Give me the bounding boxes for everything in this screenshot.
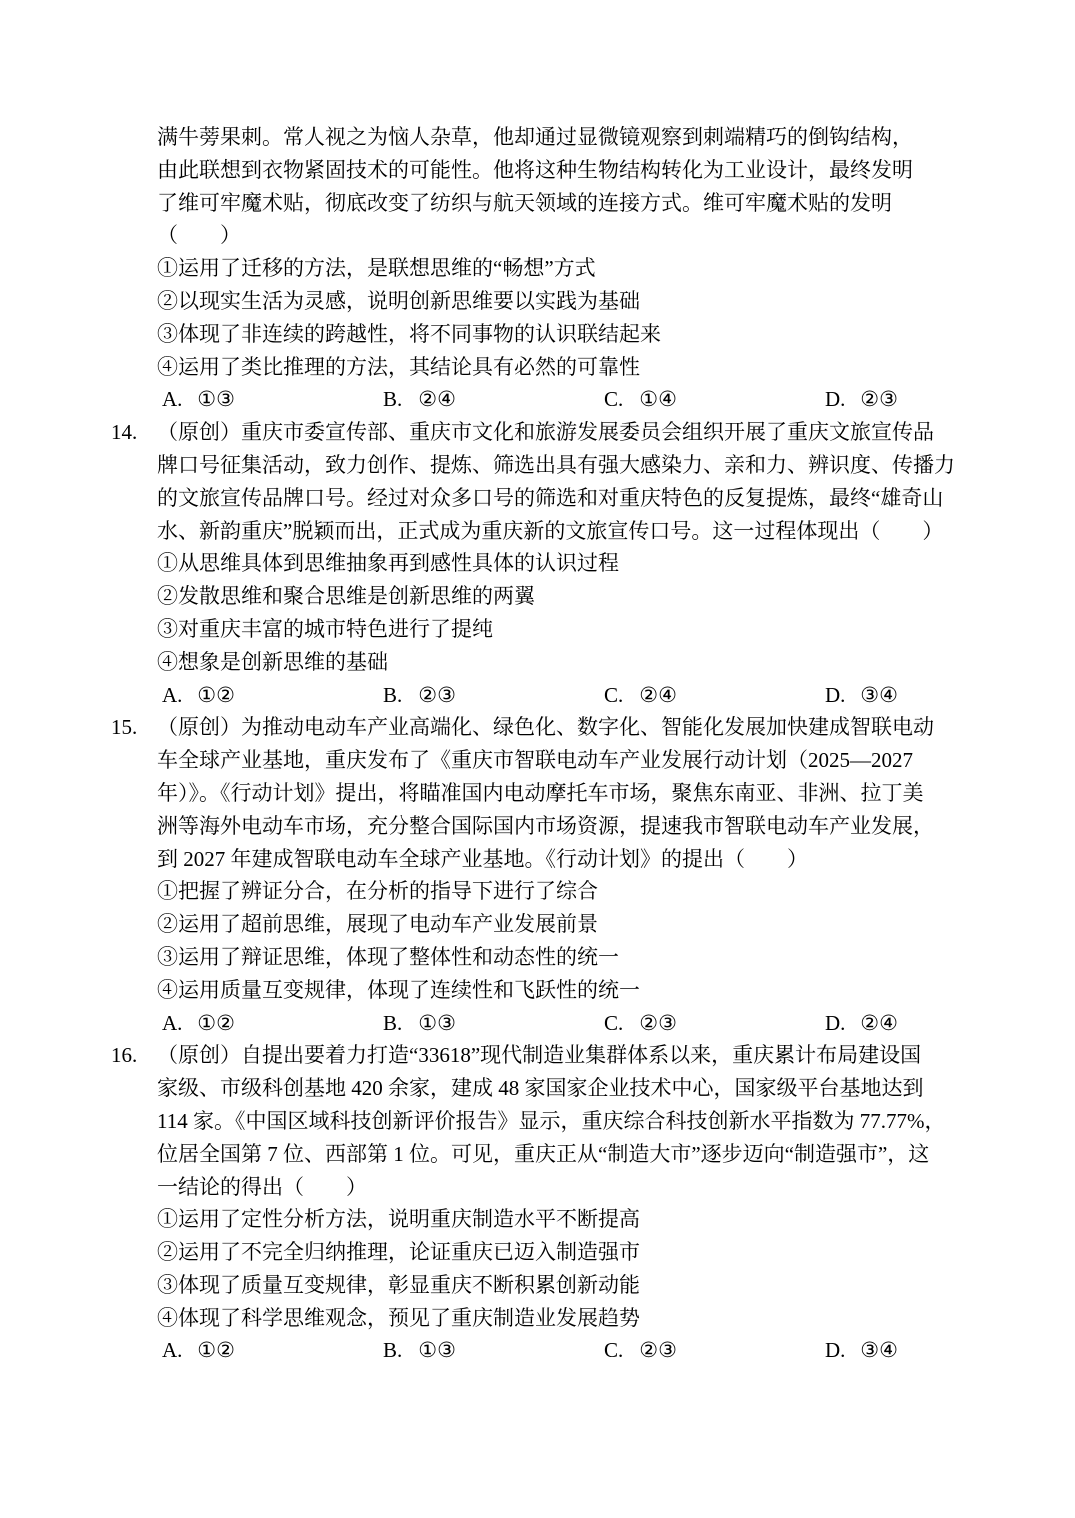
statement-line: ②发散思维和聚合思维是创新思维的两翼	[157, 580, 959, 613]
statement-line: ②以现实生活为灵感，说明创新思维要以实践为基础	[157, 285, 959, 318]
statement-line: ①从思维具体到思维抽象再到感性具体的认识过程	[157, 547, 959, 580]
body-line-text: 洲等海外电动车市场，充分整合国际国内市场资源，提速我市智联电动车产业发展，	[157, 814, 934, 838]
question-body-line: 一结论的得出（ ）	[157, 1171, 959, 1204]
body-line-text: 家级、市级科创基地 420 余家，建成 48 家国家企业技术中心，国家级平台基地…	[157, 1076, 924, 1100]
choices-row: A. ①②B. ①③C. ②③D. ②④	[157, 1007, 959, 1040]
question-block: 16.（原创）自提出要着力打造“33618”现代制造业集群体系以来，重庆累计布局…	[157, 1039, 959, 1367]
question-body-line: 到 2027 年建成智联电动车全球产业基地。《行动计划》的提出（ ）	[157, 843, 959, 876]
question-block: 14.（原创）重庆市委宣传部、重庆市文化和旅游发展委员会组织开展了重庆文旅宣传品…	[157, 416, 959, 711]
choice: D. ③④	[825, 679, 898, 712]
choice-value: ①③	[197, 387, 235, 411]
statement-line: ②运用了超前思维，展现了电动车产业发展前景	[157, 908, 959, 941]
question-body-line: 车全球产业基地，重庆发布了《重庆市智联电动车产业发展行动计划（2025—2027	[157, 744, 959, 777]
choice-value: ②④	[639, 683, 677, 707]
choice-label: B.	[383, 1334, 413, 1367]
question-body-line: 年）》。《行动计划》提出，将瞄准国内电动摩托车市场，聚焦东南亚、非洲、拉丁美	[157, 777, 959, 810]
question-number: 14.	[111, 416, 137, 449]
statement-line: ①运用了定性分析方法，说明重庆制造水平不断提高	[157, 1203, 959, 1236]
question-block: 15.（原创）为推动电动车产业高端化、绿色化、数字化、智能化发展加快建成智联电动…	[157, 711, 959, 1039]
question-body-line: 洲等海外电动车市场，充分整合国际国内市场资源，提速我市智联电动车产业发展，	[157, 810, 959, 843]
statement-line: ③体现了非连续的跨越性，将不同事物的认识联结起来	[157, 318, 959, 351]
body-line-text: 牌口号征集活动，致力创作、提炼、筛选出具有强大感染力、亲和力、辨识度、传播力	[157, 453, 955, 477]
choice-value: ②③	[860, 387, 898, 411]
choice: B. ①③	[383, 1334, 604, 1367]
choice: A. ①③	[162, 383, 383, 416]
body-line-text: （原创）自提出要着力打造“33618”现代制造业集群体系以来，重庆累计布局建设国	[157, 1043, 921, 1067]
choice-value: ②④	[418, 387, 456, 411]
choices-row: A. ①②B. ①③C. ②③D. ③④	[157, 1334, 959, 1367]
choice-value: ①②	[197, 1011, 235, 1035]
question-block: 满牛蒡果刺。常人视之为恼人杂草，他却通过显微镜观察到刺端精巧的倒钩结构，由此联想…	[157, 121, 959, 416]
body-line-text: 114 家。《中国区域科技创新评价报告》显示，重庆综合科技创新水平指数为 77.…	[157, 1109, 945, 1133]
choice-value: ②③	[639, 1338, 677, 1362]
question-body-line: 家级、市级科创基地 420 余家，建成 48 家国家企业技术中心，国家级平台基地…	[157, 1072, 959, 1105]
choice: A. ①②	[162, 679, 383, 712]
choice-value: ①③	[418, 1338, 456, 1362]
body-line-text: 的文旅宣传品牌口号。经过对众多口号的筛选和对重庆特色的反复提炼，最终“雄奇山	[157, 486, 943, 510]
statement-line: ①运用了迁移的方法，是联想思维的“畅想”方式	[157, 252, 959, 285]
statement-line: ④运用了类比推理的方法，其结论具有必然的可靠性	[157, 351, 959, 384]
choice-value: ③④	[860, 683, 898, 707]
choice-label: C.	[604, 1334, 634, 1367]
body-line-text: 由此联想到衣物紧固技术的可能性。他将这种生物结构转化为工业设计，最终发明	[157, 158, 913, 182]
choice-label: B.	[383, 383, 413, 416]
choice: A. ①②	[162, 1334, 383, 1367]
body-line-text: 车全球产业基地，重庆发布了《重庆市智联电动车产业发展行动计划（2025—2027	[157, 748, 913, 772]
choice-label: A.	[162, 679, 192, 712]
choice-label: A.	[162, 1334, 192, 1367]
questions-container: 满牛蒡果刺。常人视之为恼人杂草，他却通过显微镜观察到刺端精巧的倒钩结构，由此联想…	[157, 121, 959, 1367]
choice-label: D.	[825, 1007, 855, 1040]
statement-line: ④体现了科学思维观念，预见了重庆制造业发展趋势	[157, 1302, 959, 1335]
statement-line: ③对重庆丰富的城市特色进行了提纯	[157, 613, 959, 646]
exam-page: 满牛蒡果刺。常人视之为恼人杂草，他却通过显微镜观察到刺端精巧的倒钩结构，由此联想…	[0, 0, 1075, 1518]
question-body-line: 牌口号征集活动，致力创作、提炼、筛选出具有强大感染力、亲和力、辨识度、传播力	[157, 449, 959, 482]
choice-label: D.	[825, 1334, 855, 1367]
choice: D. ②③	[825, 383, 898, 416]
choice-value: ①②	[197, 683, 235, 707]
choice: C. ①④	[604, 383, 825, 416]
choice-label: C.	[604, 1007, 634, 1040]
choice-value: ②③	[418, 683, 456, 707]
choice: B. ①③	[383, 1007, 604, 1040]
body-line-text: （原创）重庆市委宣传部、重庆市文化和旅游发展委员会组织开展了重庆文旅宣传品	[157, 420, 934, 444]
choice-value: ①③	[418, 1011, 456, 1035]
choice: A. ①②	[162, 1007, 383, 1040]
choice-label: B.	[383, 1007, 413, 1040]
question-body-line: 水、新韵重庆”脱颖而出，正式成为重庆新的文旅宣传口号。这一过程体现出（ ）	[157, 515, 959, 548]
question-number: 16.	[111, 1039, 137, 1072]
body-line-text: 到 2027 年建成智联电动车全球产业基地。《行动计划》的提出（ ）	[157, 847, 808, 871]
question-body-line: 了维可牢魔术贴，彻底改变了纺织与航天领域的连接方式。维可牢魔术贴的发明	[157, 187, 959, 220]
body-line-text: （原创）为推动电动车产业高端化、绿色化、数字化、智能化发展加快建成智联电动	[157, 715, 934, 739]
choice-label: C.	[604, 679, 634, 712]
body-line-text: 位居全国第 7 位、西部第 1 位。可见，重庆正从“制造大市”逐步迈向“制造强市…	[157, 1142, 929, 1166]
choice: C. ②③	[604, 1334, 825, 1367]
question-body-line: 满牛蒡果刺。常人视之为恼人杂草，他却通过显微镜观察到刺端精巧的倒钩结构，	[157, 121, 959, 154]
body-line-text: 了维可牢魔术贴，彻底改变了纺织与航天领域的连接方式。维可牢魔术贴的发明	[157, 191, 892, 215]
choice-label: A.	[162, 1007, 192, 1040]
question-body-line: 由此联想到衣物紧固技术的可能性。他将这种生物结构转化为工业设计，最终发明	[157, 154, 959, 187]
statement-line: ③运用了辩证思维，体现了整体性和动态性的统一	[157, 941, 959, 974]
choice: D. ③④	[825, 1334, 898, 1367]
question-body-line: 位居全国第 7 位、西部第 1 位。可见，重庆正从“制造大市”逐步迈向“制造强市…	[157, 1138, 959, 1171]
choice-value: ③④	[860, 1338, 898, 1362]
body-line-text: 一结论的得出（ ）	[157, 1175, 367, 1199]
choice: C. ②③	[604, 1007, 825, 1040]
choice-value: ②④	[860, 1011, 898, 1035]
choices-row: A. ①③B. ②④C. ①④D. ②③	[157, 383, 959, 416]
choice-label: B.	[383, 679, 413, 712]
choices-row: A. ①②B. ②③C. ②④D. ③④	[157, 679, 959, 712]
question-body-line: 15.（原创）为推动电动车产业高端化、绿色化、数字化、智能化发展加快建成智联电动	[157, 711, 959, 744]
statement-line: ③体现了质量互变规律，彰显重庆不断积累创新动能	[157, 1269, 959, 1302]
choice: C. ②④	[604, 679, 825, 712]
choice: B. ②③	[383, 679, 604, 712]
question-number: 15.	[111, 711, 137, 744]
statement-line: ②运用了不完全归纳推理，论证重庆已迈入制造强市	[157, 1236, 959, 1269]
choice-value: ②③	[639, 1011, 677, 1035]
body-line-text: 满牛蒡果刺。常人视之为恼人杂草，他却通过显微镜观察到刺端精巧的倒钩结构，	[157, 125, 913, 149]
choice-label: A.	[162, 383, 192, 416]
statement-line: ④想象是创新思维的基础	[157, 646, 959, 679]
body-line-text: 年）》。《行动计划》提出，将瞄准国内电动摩托车市场，聚焦东南亚、非洲、拉丁美	[157, 781, 924, 805]
choice: B. ②④	[383, 383, 604, 416]
choice-label: C.	[604, 383, 634, 416]
body-line-text: 水、新韵重庆”脱颖而出，正式成为重庆新的文旅宣传口号。这一过程体现出（ ）	[157, 519, 943, 543]
body-line-text: （ ）	[157, 223, 241, 247]
choice-label: D.	[825, 679, 855, 712]
question-body-line: 114 家。《中国区域科技创新评价报告》显示，重庆综合科技创新水平指数为 77.…	[157, 1105, 959, 1138]
choice-value: ①②	[197, 1338, 235, 1362]
question-body-line: 16.（原创）自提出要着力打造“33618”现代制造业集群体系以来，重庆累计布局…	[157, 1039, 959, 1072]
question-body-line: 14.（原创）重庆市委宣传部、重庆市文化和旅游发展委员会组织开展了重庆文旅宣传品	[157, 416, 959, 449]
question-body-line: （ ）	[157, 219, 959, 252]
choice-label: D.	[825, 383, 855, 416]
question-body-line: 的文旅宣传品牌口号。经过对众多口号的筛选和对重庆特色的反复提炼，最终“雄奇山	[157, 482, 959, 515]
statement-line: ①把握了辨证分合，在分析的指导下进行了综合	[157, 875, 959, 908]
statement-line: ④运用质量互变规律，体现了连续性和飞跃性的统一	[157, 974, 959, 1007]
choice: D. ②④	[825, 1007, 898, 1040]
choice-value: ①④	[639, 387, 677, 411]
